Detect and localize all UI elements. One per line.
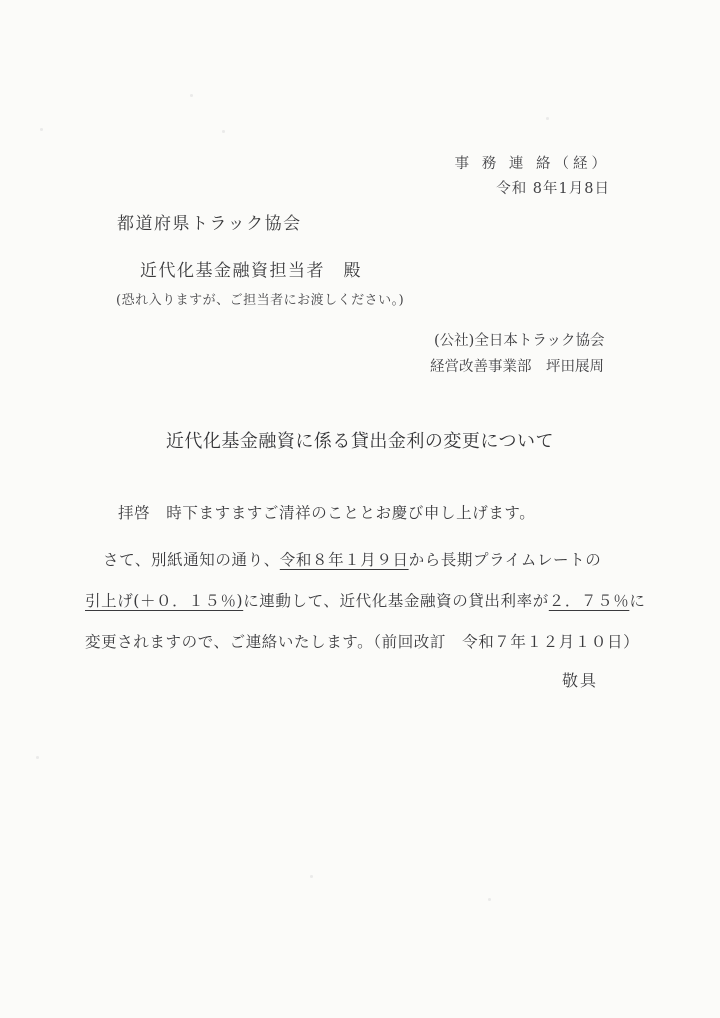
- scan-speck: [190, 94, 193, 97]
- recipient-note: (恐れ入りますが、ご担当者にお渡しください。): [116, 289, 404, 308]
- scan-speck: [40, 128, 43, 131]
- scan-speck: [546, 117, 549, 120]
- scan-speck: [222, 130, 225, 133]
- body-line-2-mid: に連動して、近代化基金融資の貸出利率が: [243, 592, 549, 610]
- sender-organization: (公社)全日本トラック協会: [430, 328, 605, 354]
- body-line-3: 変更されますので、ご連絡いたします。（前回改訂 令和７年１２月１０日）: [85, 630, 639, 652]
- body-line-2: 引上げ(＋０．１５％)に連動して、近代化基金融資の貸出利率が２．７５％に: [85, 589, 645, 611]
- body-line-1-pre: さて、別紙通知の通り、: [103, 551, 280, 569]
- body-line-1: さて、別紙通知の通り、令和８年１月９日から長期プライムレートの: [103, 548, 601, 570]
- scan-speck: [488, 898, 491, 901]
- document-title: 近代化基金融資に係る貸出金利の変更について: [0, 427, 720, 453]
- doc-type-label: 事 務 連 絡（経）: [455, 152, 610, 177]
- recipient-organization: 都道府県トラック協会: [117, 209, 302, 234]
- scan-speck: [310, 875, 313, 878]
- scan-speck: [36, 756, 39, 759]
- header-block: 事 務 連 絡（経） 令和 8年1月8日: [455, 152, 610, 202]
- underlined-effective-date: 令和８年１月９日: [280, 551, 409, 569]
- doc-date: 令和 8年1月8日: [455, 177, 610, 202]
- greeting-line: 拝啓 時下ますますご清祥のこととお慶び申し上げます。: [118, 501, 535, 523]
- recipient-person: 近代化基金融資担当者 殿: [140, 256, 362, 281]
- sender-block: (公社)全日本トラック協会 経営改善事業部 坪田展周: [430, 328, 605, 380]
- body-line-2-post: に: [629, 592, 645, 610]
- underlined-new-rate: ２．７５％: [549, 592, 630, 610]
- closing-word: 敬具: [562, 668, 598, 691]
- underlined-rate-raise: 引上げ(＋０．１５％): [85, 592, 243, 610]
- document-page: 事 務 連 絡（経） 令和 8年1月8日 都道府県トラック協会 近代化基金融資担…: [0, 0, 720, 1018]
- sender-department: 経営改善事業部 坪田展周: [430, 354, 605, 380]
- body-line-1-post: から長期プライムレートの: [409, 551, 602, 569]
